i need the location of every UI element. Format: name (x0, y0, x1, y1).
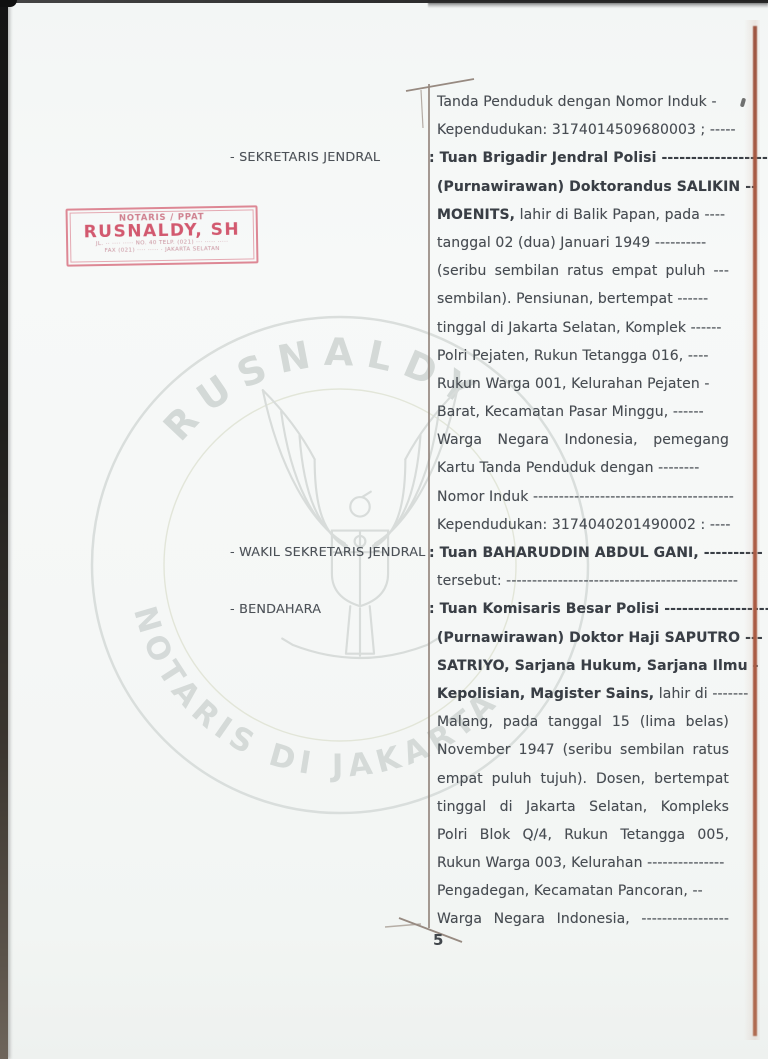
typed-text: tersebut: ------------------------------… (437, 573, 738, 589)
typed-text-bold: MOENITS, (437, 207, 515, 223)
role-label: - WAKIL SEKRETARIS JENDRAL (230, 539, 426, 567)
typed-text: tanggal 02 (dua) Januari 1949 ---------- (437, 235, 706, 251)
typed-text: lahir di Balik Papan, pada ---- (515, 207, 725, 223)
role-label: - SEKRETARIS JENDRAL (230, 144, 380, 172)
typed-line: tanggal 02 (dua) Januari 1949 ---------- (429, 229, 729, 257)
typed-text: Kependudukan: 3174014509680003 ; ----- (437, 122, 736, 138)
typed-line: November 1947 (seribu sembilan ratus (429, 736, 729, 764)
typed-line: MOENITS, lahir di Balik Papan, pada ---- (429, 201, 729, 229)
typed-line: (seribu sembilan ratus empat puluh --- (429, 257, 729, 285)
typed-text-bold: (Purnawirawan) Doktor Haji SAPUTRO --- (437, 630, 763, 646)
typed-line: Barat, Kecamatan Pasar Minggu, ------ (429, 398, 729, 426)
typed-text-column: Tanda Penduduk dengan Nomor Induk -Kepen… (429, 88, 729, 934)
typed-text: Rukun Warga 001, Kelurahan Pejaten - (437, 376, 710, 392)
typed-text: Warga Negara Indonesia, ----------------… (437, 911, 729, 927)
typed-text: Tanda Penduduk dengan Nomor Induk - (437, 94, 717, 110)
typed-line: Rukun Warga 003, Kelurahan -------------… (429, 849, 729, 877)
typed-line: : Tuan BAHARUDDIN ABDUL GANI, ---------- (429, 539, 729, 567)
typed-line: Tanda Penduduk dengan Nomor Induk - (429, 88, 729, 116)
typed-text: Pengadegan, Kecamatan Pancoran, -- (437, 883, 703, 899)
typed-text: sembilan). Pensiunan, bertempat ------ (437, 291, 708, 307)
typed-text: Warga Negara Indonesia, pemegang (437, 432, 729, 448)
typed-line: Polri Blok Q/4, Rukun Tetangga 005, (429, 821, 729, 849)
typed-text-bold: (Purnawirawan) Doktorandus SALIKIN -- (437, 179, 757, 195)
typed-text: lahir di ------- (654, 686, 748, 702)
right-page-edge-line (753, 26, 757, 1036)
typed-line: Nomor Induk ----------------------------… (429, 483, 729, 511)
typed-line: : Tuan Komisaris Besar Polisi ----------… (429, 595, 729, 623)
typed-text: empat puluh tujuh). Dosen, bertempat (437, 771, 729, 787)
typed-line: Rukun Warga 001, Kelurahan Pejaten - (429, 370, 729, 398)
typed-text-bold: : Tuan Brigadir Jendral Polisi ---------… (429, 150, 768, 166)
typed-text: Kartu Tanda Penduduk dengan -------- (437, 460, 699, 476)
typed-line: sembilan). Pensiunan, bertempat ------ (429, 285, 729, 313)
typed-text: Kependudukan: 3174040201490002 : ---- (437, 517, 731, 533)
typed-text: (seribu sembilan ratus empat puluh --- (437, 263, 729, 279)
notary-stamp: NOTARIS / PPAT RUSNALDY, SH JL. ·· ···· … (66, 205, 259, 266)
typed-line: Kepolisian, Magister Sains, lahir di ---… (429, 680, 729, 708)
typed-line: : Tuan Brigadir Jendral Polisi ---------… (429, 144, 729, 172)
typed-line: Warga Negara Indonesia, pemegang (429, 426, 729, 454)
page-number: 5 (433, 931, 443, 949)
typed-line: SATRIYO, Sarjana Hukum, Sarjana Ilmu - (429, 652, 729, 680)
top-right-scan-edge (428, 0, 768, 8)
typed-line: Warga Negara Indonesia, ----------------… (429, 905, 729, 933)
left-scan-edge (0, 0, 8, 1059)
typed-text: tinggal di Jakarta Selatan, Kompleks (437, 799, 729, 815)
typed-text: November 1947 (seribu sembilan ratus (437, 742, 729, 758)
typed-line: empat puluh tujuh). Dosen, bertempat (429, 765, 729, 793)
typed-line: (Purnawirawan) Doktor Haji SAPUTRO --- (429, 624, 729, 652)
typed-text: Polri Blok Q/4, Rukun Tetangga 005, (437, 827, 729, 843)
typed-line: Pengadegan, Kecamatan Pancoran, -- (429, 877, 729, 905)
corner-ink-mark (0, 0, 17, 7)
typed-line: Polri Pejaten, Rukun Tetangga 016, ---- (429, 342, 729, 370)
typed-line: tinggal di Jakarta Selatan, Kompleks (429, 793, 729, 821)
document-page: RUSNALDY NOTARIS DI JAKARTA (0, 0, 768, 1059)
typed-line: Kependudukan: 3174040201490002 : ---- (429, 511, 729, 539)
typed-line: Kependudukan: 3174014509680003 ; ----- (429, 116, 729, 144)
typed-text: tinggal di Jakarta Selatan, Komplek ----… (437, 320, 722, 336)
typed-text: Polri Pejaten, Rukun Tetangga 016, ---- (437, 348, 709, 364)
typed-line: tinggal di Jakarta Selatan, Komplek ----… (429, 314, 729, 342)
typed-line: tersebut: ------------------------------… (429, 567, 729, 595)
typed-text-bold: : Tuan Komisaris Besar Polisi ----------… (429, 601, 768, 617)
typed-text-bold: : Tuan BAHARUDDIN ABDUL GANI, ---------- (429, 545, 763, 561)
typed-line: (Purnawirawan) Doktorandus SALIKIN -- (429, 173, 729, 201)
right-edge-shadow (744, 20, 760, 1040)
typed-text: Barat, Kecamatan Pasar Minggu, ------ (437, 404, 704, 420)
typed-line: Malang, pada tanggal 15 (lima belas) (429, 708, 729, 736)
typed-text-bold: Kepolisian, Magister Sains, (437, 686, 654, 702)
typed-line: Kartu Tanda Penduduk dengan -------- (429, 454, 729, 482)
stamp-inner-border (70, 209, 255, 262)
role-label: - BENDAHARA (230, 596, 321, 624)
typed-text: Malang, pada tanggal 15 (lima belas) (437, 714, 729, 730)
typed-text: Nomor Induk ----------------------------… (437, 489, 734, 505)
typed-text-bold: SATRIYO, Sarjana Hukum, Sarjana Ilmu - (437, 658, 759, 674)
typed-text: Rukun Warga 003, Kelurahan -------------… (437, 855, 724, 871)
